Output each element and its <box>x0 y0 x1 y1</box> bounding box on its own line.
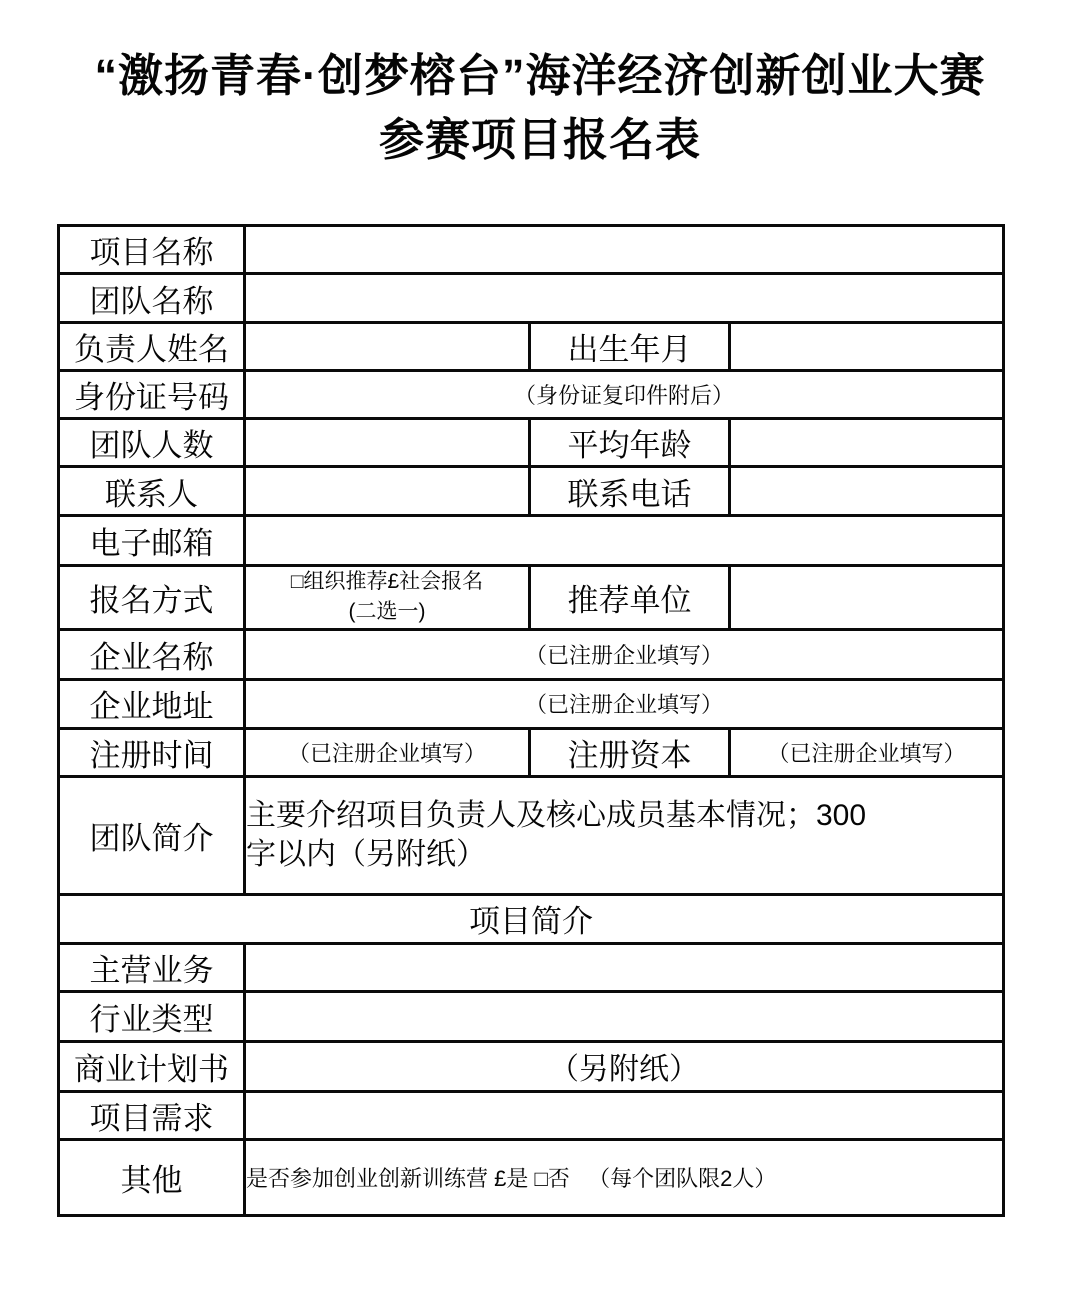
reg-method-checkbox-options: □组织推荐£社会报名 <box>246 567 528 597</box>
business-plan-value-cell: （另附纸） <box>245 1041 1004 1091</box>
row-id-number: 身份证号码 （身份证复印件附后） <box>59 371 1004 419</box>
form-title: “激扬青春·创梦榕台”海洋经济创新创业大赛 参赛项目报名表 <box>0 44 1080 172</box>
team-intro-text-cell: 主要介绍项目负责人及核心成员基本情况；300 字以内（另附纸） <box>245 776 1004 894</box>
email-value-cell <box>245 516 1004 566</box>
project-intro-header: 项目简介 <box>59 894 1004 943</box>
reg-time-label: 注册时间 <box>59 728 245 776</box>
project-name-label: 项目名称 <box>59 226 245 274</box>
leader-name-value-cell <box>245 323 530 371</box>
row-other: 其他 是否参加创业创新训练营 £是 □否 （每个团队限2人） <box>59 1139 1004 1215</box>
avg-age-value-cell <box>730 419 1004 467</box>
other-label: 其他 <box>59 1139 245 1215</box>
row-project-intro-header: 项目简介 <box>59 894 1004 943</box>
id-number-label: 身份证号码 <box>59 371 245 419</box>
recommender-label: 推荐单位 <box>530 566 730 630</box>
team-intro-text-line2: 字以内（另附纸） <box>246 835 1002 875</box>
registration-form-table: 项目名称 团队名称 负责人姓名 出生年月 身份证号码 （身份证复印件附后） 团队… <box>57 224 1005 1217</box>
row-main-business: 主营业务 <box>59 943 1004 991</box>
team-size-value-cell <box>245 419 530 467</box>
industry-type-label: 行业类型 <box>59 991 245 1041</box>
row-business-plan: 商业计划书 （另附纸） <box>59 1041 1004 1091</box>
id-number-value-cell: （身份证复印件附后） <box>245 371 1004 419</box>
phone-value-cell <box>730 467 1004 516</box>
industry-type-value-cell <box>245 991 1004 1041</box>
row-company-addr: 企业地址 （已注册企业填写） <box>59 679 1004 728</box>
avg-age-label: 平均年龄 <box>530 419 730 467</box>
reg-method-label: 报名方式 <box>59 566 245 630</box>
company-name-label: 企业名称 <box>59 629 245 679</box>
project-name-value-cell <box>245 226 1004 274</box>
row-regtime-capital: 注册时间 （已注册企业填写） 注册资本 （已注册企业填写） <box>59 728 1004 776</box>
recommender-value-cell <box>730 566 1004 630</box>
contact-label: 联系人 <box>59 467 245 516</box>
reg-capital-label: 注册资本 <box>530 728 730 776</box>
birth-date-label: 出生年月 <box>530 323 730 371</box>
main-business-value-cell <box>245 943 1004 991</box>
row-leader-birth: 负责人姓名 出生年月 <box>59 323 1004 371</box>
company-name-value-cell: （已注册企业填写） <box>245 629 1004 679</box>
row-project-name: 项目名称 <box>59 226 1004 274</box>
reg-method-options-cell: □组织推荐£社会报名 (二选一) <box>245 566 530 630</box>
row-industry-type: 行业类型 <box>59 991 1004 1041</box>
business-plan-label: 商业计划书 <box>59 1041 245 1091</box>
reg-method-choose-one-note: (二选一) <box>246 597 528 627</box>
project-needs-label: 项目需求 <box>59 1091 245 1139</box>
form-title-line2: 参赛项目报名表 <box>0 108 1080 172</box>
company-addr-label: 企业地址 <box>59 679 245 728</box>
leader-name-label: 负责人姓名 <box>59 323 245 371</box>
team-intro-text-line1: 主要介绍项目负责人及核心成员基本情况；300 <box>246 796 1002 836</box>
row-project-needs: 项目需求 <box>59 1091 1004 1139</box>
phone-label: 联系电话 <box>530 467 730 516</box>
main-business-label: 主营业务 <box>59 943 245 991</box>
row-team-intro: 团队简介 主要介绍项目负责人及核心成员基本情况；300 字以内（另附纸） <box>59 776 1004 894</box>
team-name-value-cell <box>245 274 1004 323</box>
row-team-name: 团队名称 <box>59 274 1004 323</box>
reg-capital-value-cell: （已注册企业填写） <box>730 728 1004 776</box>
row-company-name: 企业名称 （已注册企业填写） <box>59 629 1004 679</box>
team-name-label: 团队名称 <box>59 274 245 323</box>
page: “激扬青春·创梦榕台”海洋经济创新创业大赛 参赛项目报名表 项目名称 团队名称 … <box>0 0 1080 1297</box>
reg-time-value-cell: （已注册企业填写） <box>245 728 530 776</box>
project-needs-value-cell <box>245 1091 1004 1139</box>
contact-value-cell <box>245 467 530 516</box>
row-contact-phone: 联系人 联系电话 <box>59 467 1004 516</box>
email-label: 电子邮箱 <box>59 516 245 566</box>
company-addr-value-cell: （已注册企业填写） <box>245 679 1004 728</box>
team-size-label: 团队人数 <box>59 419 245 467</box>
birth-date-value-cell <box>730 323 1004 371</box>
row-reg-method: 报名方式 □组织推荐£社会报名 (二选一) 推荐单位 <box>59 566 1004 630</box>
form-title-line1: “激扬青春·创梦榕台”海洋经济创新创业大赛 <box>0 44 1080 108</box>
other-text-cell: 是否参加创业创新训练营 £是 □否 （每个团队限2人） <box>245 1139 1004 1215</box>
row-email: 电子邮箱 <box>59 516 1004 566</box>
team-intro-label: 团队简介 <box>59 776 245 894</box>
row-teamsize-age: 团队人数 平均年龄 <box>59 419 1004 467</box>
